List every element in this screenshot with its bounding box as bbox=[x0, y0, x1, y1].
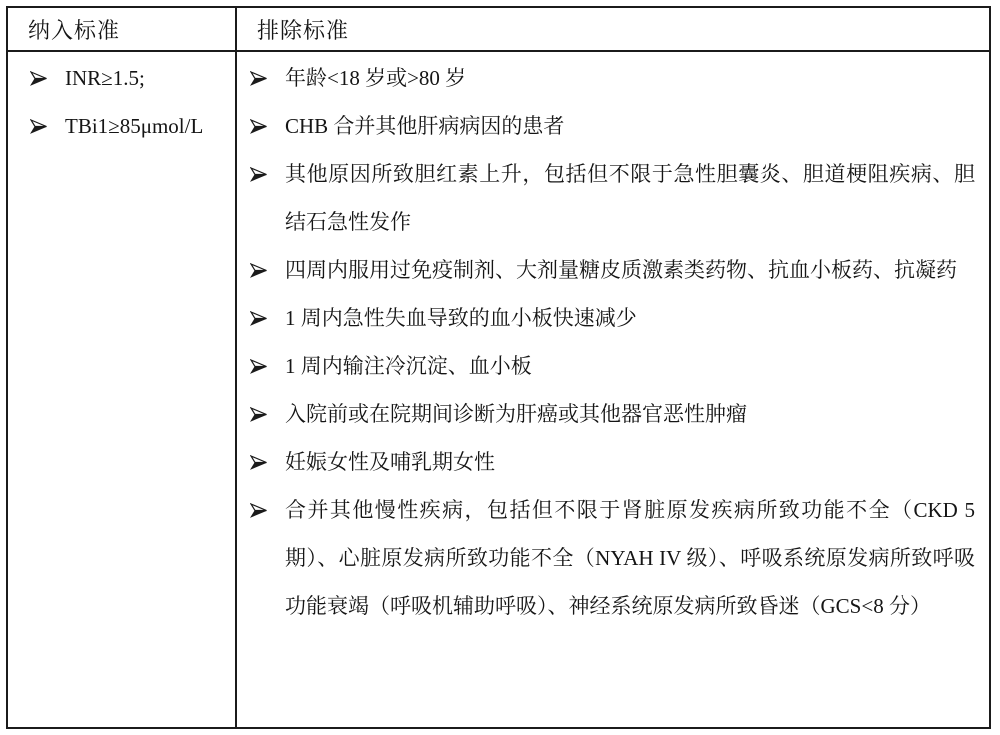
criteria-table: 纳入标准 排除标准 INR≥1.5; TBi1≥85μmol/L bbox=[6, 6, 991, 729]
arrowhead-bullet-icon bbox=[250, 503, 268, 518]
arrowhead-bullet-icon bbox=[250, 167, 268, 182]
list-item: CHB 合并其他肝病病因的患者 bbox=[237, 102, 975, 150]
exclusion-item-text: 妊娠女性及哺乳期女性 bbox=[285, 450, 495, 474]
exclusion-header-label: 排除标准 bbox=[257, 14, 349, 45]
arrowhead-bullet-icon bbox=[30, 119, 48, 134]
exclusion-item-text: 入院前或在院期间诊断为肝癌或其他器官恶性肿瘤 bbox=[285, 402, 747, 426]
exclusion-criteria-list: 年龄<18 岁或>80 岁 CHB 合并其他肝病病因的患者 其他原因所致胆红素上… bbox=[237, 54, 975, 630]
list-item: 年龄<18 岁或>80 岁 bbox=[237, 54, 975, 102]
arrowhead-bullet-icon bbox=[250, 263, 268, 278]
document-page: 纳入标准 排除标准 INR≥1.5; TBi1≥85μmol/L bbox=[0, 0, 1000, 735]
exclusion-criteria-cell: 年龄<18 岁或>80 岁 CHB 合并其他肝病病因的患者 其他原因所致胆红素上… bbox=[237, 52, 989, 727]
inclusion-item-text: INR≥1.5; bbox=[65, 66, 145, 90]
arrowhead-bullet-icon bbox=[250, 407, 268, 422]
list-item: 1 周内急性失血导致的血小板快速减少 bbox=[237, 294, 975, 342]
list-item: 入院前或在院期间诊断为肝癌或其他器官恶性肿瘤 bbox=[237, 390, 975, 438]
arrowhead-bullet-icon bbox=[250, 71, 268, 86]
inclusion-item-text: TBi1≥85μmol/L bbox=[65, 114, 203, 138]
arrowhead-bullet-icon bbox=[250, 455, 268, 470]
header-cell-exclusion: 排除标准 bbox=[237, 8, 989, 52]
exclusion-item-text: CHB 合并其他肝病病因的患者 bbox=[285, 114, 564, 138]
inclusion-criteria-cell: INR≥1.5; TBi1≥85μmol/L bbox=[8, 52, 237, 727]
exclusion-item-text: 1 周内输注冷沉淀、血小板 bbox=[285, 354, 532, 378]
arrowhead-bullet-icon bbox=[250, 359, 268, 374]
exclusion-item-text: 四周内服用过免疫制剂、大剂量糖皮质激素类药物、抗血小板药、抗凝药 bbox=[285, 258, 957, 282]
exclusion-item-text: 年龄<18 岁或>80 岁 bbox=[285, 66, 466, 90]
list-item: 其他原因所致胆红素上升，包括但不限于急性胆囊炎、胆道梗阻疾病、胆结石急性发作 bbox=[237, 150, 975, 246]
exclusion-item-text: 1 周内急性失血导致的血小板快速减少 bbox=[285, 306, 637, 330]
inclusion-header-label: 纳入标准 bbox=[28, 14, 120, 45]
list-item: 1 周内输注冷沉淀、血小板 bbox=[237, 342, 975, 390]
arrowhead-bullet-icon bbox=[250, 119, 268, 134]
exclusion-item-text: 其他原因所致胆红素上升，包括但不限于急性胆囊炎、胆道梗阻疾病、胆结石急性发作 bbox=[285, 162, 975, 234]
list-item: 妊娠女性及哺乳期女性 bbox=[237, 438, 975, 486]
list-item: 合并其他慢性疾病，包括但不限于肾脏原发疾病所致功能不全（CKD 5 期）、心脏原… bbox=[237, 486, 975, 630]
arrowhead-bullet-icon bbox=[250, 311, 268, 326]
list-item: 四周内服用过免疫制剂、大剂量糖皮质激素类药物、抗血小板药、抗凝药 bbox=[237, 246, 975, 294]
list-item: TBi1≥85μmol/L bbox=[8, 102, 221, 150]
exclusion-item-text: 合并其他慢性疾病，包括但不限于肾脏原发疾病所致功能不全（CKD 5 期）、心脏原… bbox=[285, 498, 975, 618]
list-item: INR≥1.5; bbox=[8, 54, 221, 102]
arrowhead-bullet-icon bbox=[30, 71, 48, 86]
inclusion-criteria-list: INR≥1.5; TBi1≥85μmol/L bbox=[8, 54, 221, 150]
header-cell-inclusion: 纳入标准 bbox=[8, 8, 237, 52]
